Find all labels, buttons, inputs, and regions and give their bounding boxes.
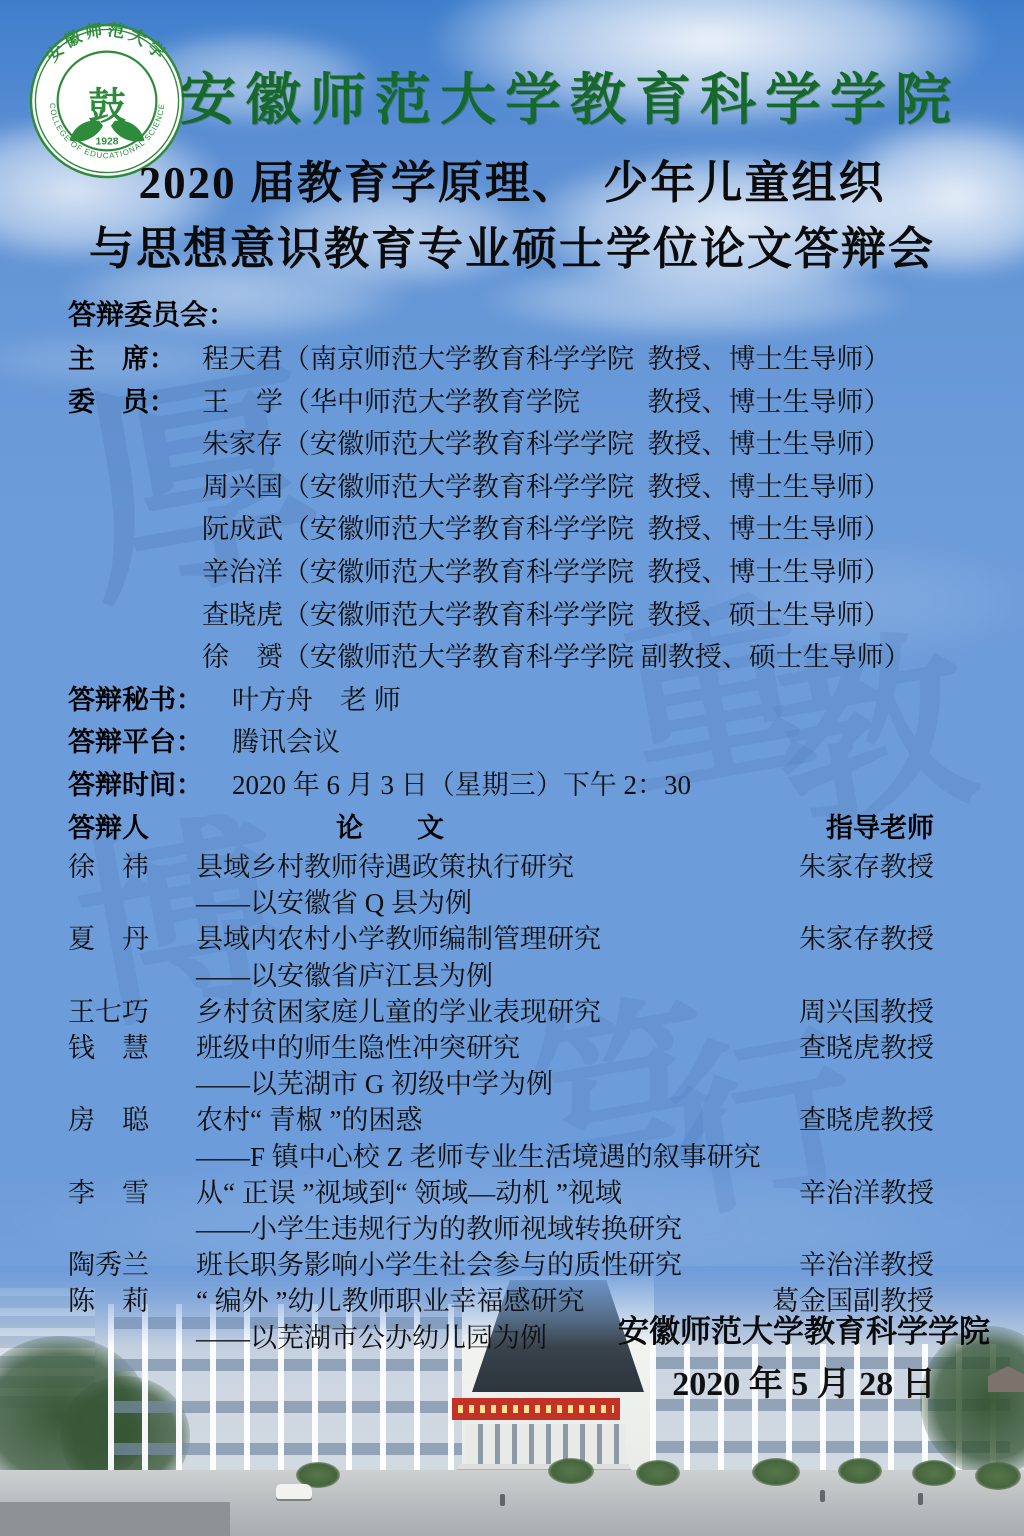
platform-row: 答辩平台： 腾讯会议: [68, 721, 934, 763]
defender-name: 钱 慧: [68, 1030, 196, 1102]
advisor-name: 辛治洋教授: [764, 1175, 934, 1247]
thesis-title: 县域乡村教师待遇政策执行研究: [196, 852, 574, 882]
thesis-subtitle: ——以安徽省 Q 县为例: [196, 888, 472, 918]
member-value: 阮成武（安徽师范大学教育科学学院 教授、博士生导师）: [202, 508, 891, 551]
time-row: 答辩时间： 2020 年 6 月 3 日（星期三）下午 2：30: [68, 764, 934, 806]
pedestrian: [820, 1490, 825, 1502]
table-row: 王七巧 乡村贫困家庭儿童的学业表现研究 周兴国教授: [68, 994, 934, 1030]
thesis-title: 乡村贫困家庭儿童的学业表现研究: [196, 997, 601, 1027]
committee-member-row: 查晓虎（安徽师范大学教育科学学院 教授、硕士生导师）: [68, 594, 934, 637]
advisor-name: 朱家存教授: [764, 921, 934, 993]
secretary-value: 叶方舟 老 师: [232, 679, 401, 721]
table-row: 房 聪 农村“ 青椒 ”的困惑 ——F 镇中心校 Z 老师专业生活境遇的叙事研究…: [68, 1102, 934, 1174]
signature-college: 安徽师范大学教育科学学院: [614, 1306, 994, 1351]
thesis-title: 从“ 正误 ”视域到“ 领域—动机 ”视域: [196, 1178, 622, 1208]
thesis-title: 县域内农村小学教师编制管理研究: [196, 924, 601, 954]
thesis-title: 班长职务影响小学生社会参与的质性研究: [196, 1250, 682, 1280]
building-banner: [452, 1398, 620, 1420]
parked-car: [276, 1484, 312, 1499]
advisor-name: 查晓虎教授: [764, 1030, 934, 1102]
table-row: 陶秀兰 班长职务影响小学生社会参与的质性研究 辛治洋教授: [68, 1247, 934, 1283]
platform-label: 答辩平台：: [68, 721, 232, 763]
thesis-title: “ 编外 ”幼儿教师职业幸福感研究: [196, 1286, 584, 1316]
committee-member-row: 朱家存（安徽师范大学教育科学学院 教授、博士生导师）: [68, 423, 934, 466]
col-defender: 答辩人: [68, 807, 196, 849]
member-value: 周兴国（安徽师范大学教育科学学院 教授、博士生导师）: [202, 466, 891, 509]
page-title: 安徽师范大学教育科学学院: [180, 56, 980, 136]
chair-label: 主 席：: [68, 338, 202, 381]
thesis-title: 班级中的师生隐性冲突研究: [196, 1033, 520, 1063]
committee-member-row: 徐 赟（安徽师范大学教育科学学院 副教授、硕士生导师）: [68, 636, 934, 679]
member-value: 辛治洋（安徽师范大学教育科学学院 教授、博士生导师）: [202, 551, 891, 594]
thesis-title: 农村“ 青椒 ”的困惑: [196, 1105, 422, 1135]
building-entrance-columns: [466, 1424, 626, 1464]
advisor-name: 周兴国教授: [764, 994, 934, 1030]
advisor-name: 朱家存教授: [764, 849, 934, 921]
time-label: 答辩时间：: [68, 764, 232, 806]
announcement-body: 答辩委员会： 主 席： 程天君（南京师范大学教育科学学院 教授、博士生导师） 委…: [68, 292, 934, 1356]
thesis-subtitle: ——小学生违规行为的教师视域转换研究: [196, 1214, 682, 1244]
table-row: 夏 丹 县域内农村小学教师编制管理研究 ——以安徽省庐江县为例 朱家存教授: [68, 921, 934, 993]
members-label: 委 员：: [68, 381, 202, 424]
committee-member-row: 周兴国（安徽师范大学教育科学学院 教授、博士生导师）: [68, 466, 934, 509]
member-value: 王 学（华中师范大学教育学院 教授、博士生导师）: [202, 381, 891, 424]
thesis-subtitle: ——F 镇中心校 Z 老师专业生活境遇的叙事研究: [196, 1142, 761, 1172]
platform-value: 腾讯会议: [232, 721, 340, 763]
bush: [975, 1462, 1021, 1490]
bush: [838, 1458, 882, 1484]
thesis-table-header: 答辩人 论 文 指导老师: [68, 807, 934, 849]
table-row: 钱 慧 班级中的师生隐性冲突研究 ——以芜湖市 G 初级中学为例 查晓虎教授: [68, 1030, 934, 1102]
committee-member-row: 委 员： 王 学（华中师范大学教育学院 教授、博士生导师）: [68, 381, 934, 424]
thesis-subtitle: ——以芜湖市 G 初级中学为例: [196, 1069, 553, 1099]
committee-member-row: 阮成武（安徽师范大学教育科学学院 教授、博士生导师）: [68, 508, 934, 551]
signature-date: 2020 年 5 月 28 日: [614, 1356, 994, 1405]
thesis-subtitle: ——以芜湖市公办幼儿园为例: [196, 1323, 547, 1353]
pedestrian: [500, 1494, 505, 1506]
defender-name: 陈 莉: [68, 1283, 196, 1355]
member-value: 查晓虎（安徽师范大学教育科学学院 教授、硕士生导师）: [202, 594, 891, 637]
committee-heading: 答辩委员会：: [68, 292, 934, 338]
defender-name: 陶秀兰: [68, 1247, 196, 1283]
road: [0, 1502, 230, 1536]
defender-name: 王七巧: [68, 994, 196, 1030]
member-value: 朱家存（安徽师范大学教育科学学院 教授、博士生导师）: [202, 423, 891, 466]
col-thesis: 论 文: [196, 807, 764, 849]
defender-name: 李 雪: [68, 1175, 196, 1247]
table-row: 李 雪 从“ 正误 ”视域到“ 领域—动机 ”视域 ——小学生违规行为的教师视域…: [68, 1175, 934, 1247]
defender-name: 夏 丹: [68, 921, 196, 993]
defender-name: 徐 祎: [68, 849, 196, 921]
pedestrian: [918, 1493, 923, 1505]
table-row: 徐 祎 县域乡村教师待遇政策执行研究 ——以安徽省 Q 县为例 朱家存教授: [68, 849, 934, 921]
chair-value: 程天君（南京师范大学教育科学学院 教授、博士生导师）: [202, 338, 891, 381]
advisor-name: 查晓虎教授: [764, 1102, 934, 1174]
defender-name: 房 聪: [68, 1102, 196, 1174]
bush: [548, 1458, 594, 1484]
advisor-name: 辛治洋教授: [764, 1247, 934, 1283]
defense-announcement-poster: 厚 重 教 博 笃 行 安徽师范大学 COLLEGE OF EDUCATIONA…: [0, 0, 1024, 1536]
bush: [752, 1458, 800, 1486]
event-subtitle-line1: 2020 届教育学原理、 少年儿童组织: [0, 146, 1024, 211]
thesis-subtitle: ——以安徽省庐江县为例: [196, 961, 493, 991]
bush: [636, 1460, 680, 1486]
committee-member-row: 辛治洋（安徽师范大学教育科学学院 教授、博士生导师）: [68, 551, 934, 594]
event-subtitle-line2: 与思想意识教育专业硕士学位论文答辩会: [0, 212, 1024, 277]
col-advisor: 指导老师: [764, 807, 934, 849]
secretary-label: 答辩秘书：: [68, 679, 232, 721]
member-value: 徐 赟（安徽师范大学教育科学学院 副教授、硕士生导师）: [202, 636, 911, 679]
secretary-row: 答辩秘书： 叶方舟 老 师: [68, 679, 934, 721]
committee-chair-row: 主 席： 程天君（南京师范大学教育科学学院 教授、博士生导师）: [68, 338, 934, 381]
time-value: 2020 年 6 月 3 日（星期三）下午 2：30: [232, 764, 691, 806]
bush: [912, 1460, 956, 1486]
